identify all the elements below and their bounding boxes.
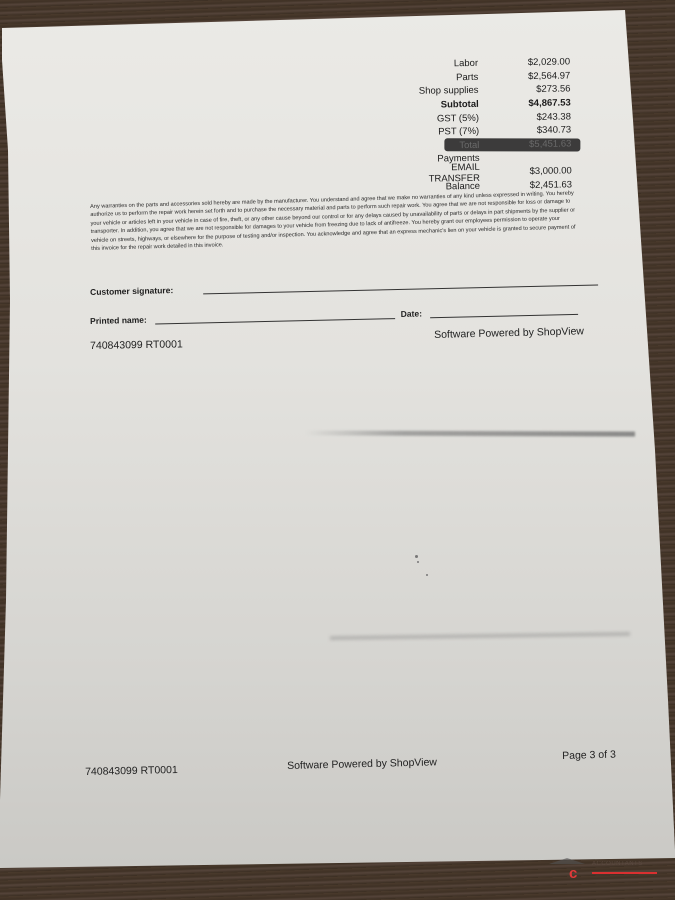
- totals-value: $273.56: [500, 84, 570, 96]
- printed-name-label: Printed name:: [90, 315, 147, 326]
- paper-speck: [426, 574, 428, 576]
- toner-smudge: [330, 632, 630, 640]
- house-roof-icon: [549, 858, 585, 864]
- customer-signature-line: [203, 284, 598, 294]
- paper-speck: [415, 555, 418, 558]
- invoice-id-bottom: 740843099 RT0001: [85, 764, 178, 778]
- logo-accent-bar: [592, 872, 657, 874]
- customer-signature-label: Customer signature:: [90, 285, 173, 297]
- page-number: Page 3 of 3: [562, 749, 616, 762]
- logo-letter: c: [569, 865, 577, 882]
- totals-value: $2,029.00: [500, 57, 570, 69]
- invoice-page: Labor $2,029.00 Parts $2,564.97 Shop sup…: [0, 0, 675, 900]
- watermark-logo: c ACCOUNTANTS: [545, 858, 660, 888]
- totals-label: PST (7%): [406, 126, 501, 138]
- invoice-id-top: 740843099 RT0001: [90, 338, 183, 352]
- totals-label: Total: [406, 139, 501, 151]
- totals-value: $2,564.97: [500, 70, 570, 82]
- date-label: Date:: [401, 308, 422, 318]
- totals-value: $5,451.63: [501, 138, 571, 150]
- paper-speck: [417, 561, 419, 563]
- logo-text: ACCOUNTANTS: [592, 861, 657, 868]
- totals-label: Parts: [405, 71, 500, 83]
- powered-by-top: Software Powered by ShopView: [434, 325, 584, 341]
- totals-value: $4,867.53: [501, 97, 571, 109]
- totals-label: Labor: [405, 58, 500, 70]
- printed-name-line: [155, 318, 395, 324]
- totals-value: $3,000.00: [502, 165, 572, 177]
- customer-signature-row: Customer signature:: [90, 275, 598, 297]
- printed-name-row: Printed name: Date:: [90, 305, 578, 326]
- totals-label: GST (5%): [406, 112, 501, 124]
- totals-row-total-redacted: Total $5,451.63: [406, 137, 571, 153]
- warranty-disclaimer: Any warranties on the parts and accessor…: [90, 189, 576, 253]
- totals-value: [502, 157, 572, 158]
- powered-by-bottom: Software Powered by ShopView: [287, 756, 437, 772]
- totals-label: Shop supplies: [405, 85, 500, 97]
- totals-label: Subtotal: [406, 99, 501, 111]
- totals-label: Balance: [407, 180, 502, 192]
- date-line: [430, 314, 578, 318]
- totals-table: Labor $2,029.00 Parts $2,564.97 Shop sup…: [405, 55, 572, 194]
- totals-value: $243.38: [501, 111, 571, 123]
- totals-value: $340.73: [501, 125, 571, 137]
- toner-smudge: [305, 430, 635, 436]
